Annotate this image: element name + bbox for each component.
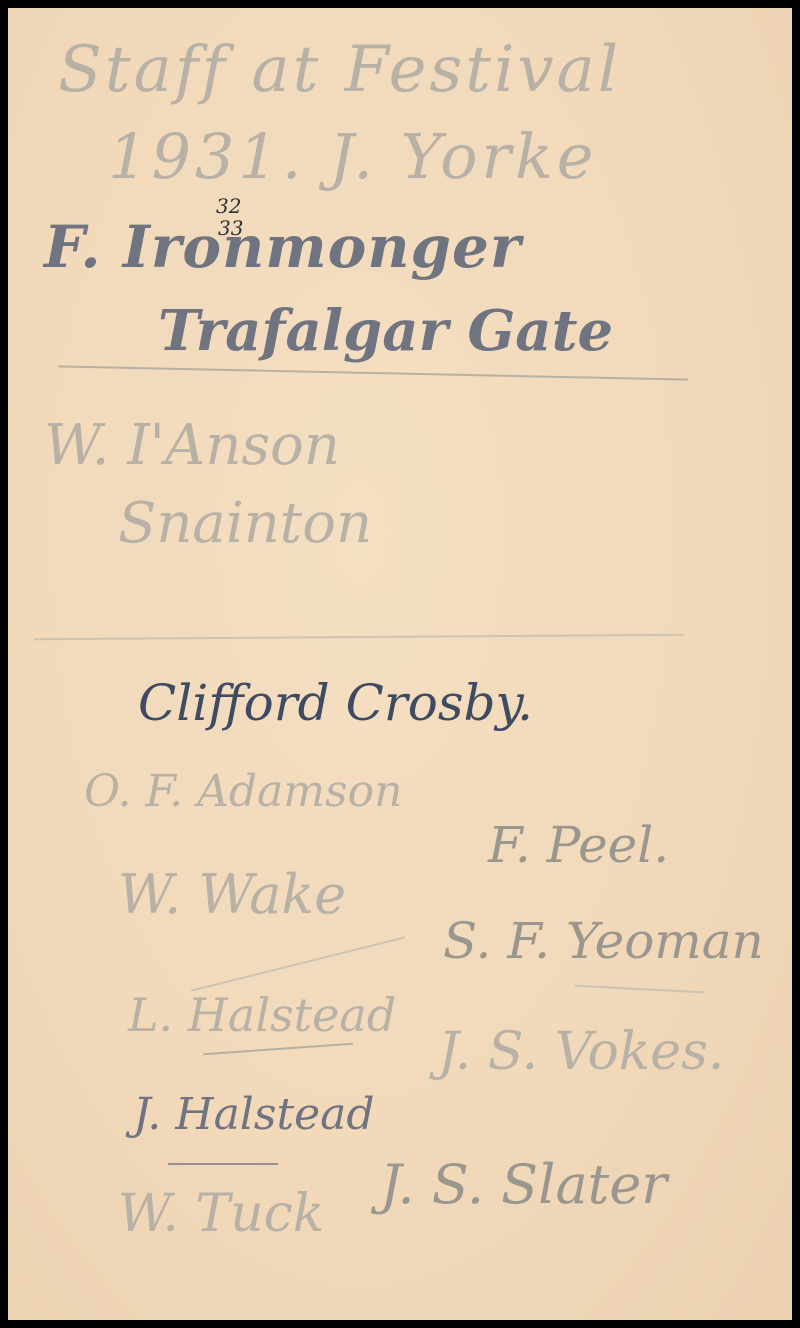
entry-location-trafalgar-gate: Trafalgar Gate [158, 303, 613, 359]
signature-clifford-crosby: Clifford Crosby. [138, 678, 533, 728]
underline-l-halstead [203, 1043, 353, 1055]
entry-name-ianson: W. I'Anson [44, 418, 340, 474]
signature-tuck: W. Tuck [118, 1188, 324, 1240]
divider-line-1 [58, 365, 688, 380]
signature-peel: F. Peel. [488, 820, 669, 870]
signature-wake: W. Wake [118, 868, 346, 922]
signature-yeoman: S. F. Yeoman [443, 916, 764, 966]
divider-line-2 [34, 634, 684, 641]
underline-yeoman [574, 985, 704, 994]
signature-j-halstead: J. Halstead [133, 1093, 375, 1137]
signature-slater: J. S. Slater [380, 1158, 667, 1212]
entry-name-ironmonger: F. Ironmonger [44, 218, 522, 276]
entry-location-snainton: Snainton [118, 496, 372, 552]
header-line-1: Staff at Festival [58, 38, 621, 102]
header-line-2: 1931. J. Yorke [108, 126, 597, 188]
signature-l-halstead: L. Halstead [128, 992, 396, 1038]
autograph-page: Staff at Festival 1931. J. Yorke 32 33 F… [8, 8, 792, 1320]
signature-vokes: J. S. Vokes. [438, 1026, 724, 1078]
stroke-line [191, 936, 405, 991]
signature-adamson: O. F. Adamson [84, 770, 402, 814]
underline-j-halstead [168, 1163, 278, 1165]
